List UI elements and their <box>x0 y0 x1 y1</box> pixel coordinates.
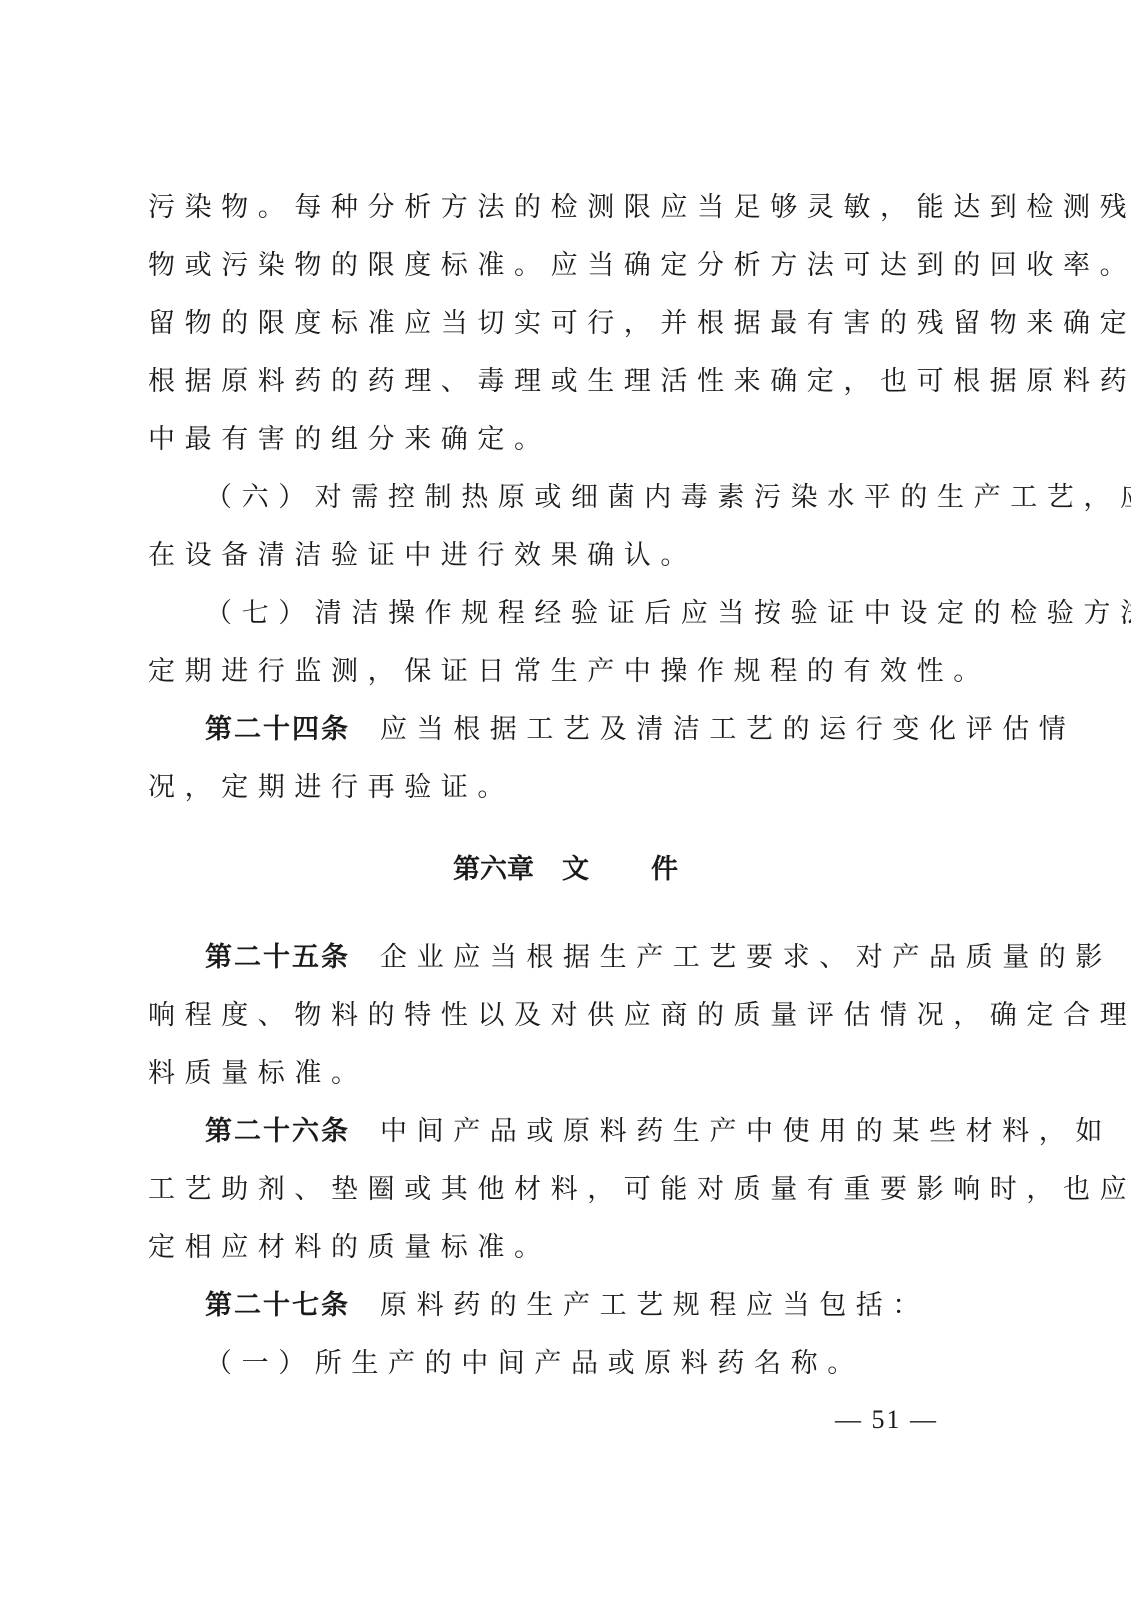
text-line: 工艺助剂、垫圈或其他材料，可能对质量有重要影响时，也应当制 <box>148 1170 964 1210</box>
article-25-line: 第二十五条企业应当根据生产工艺要求、对产品质量的影 <box>205 938 964 978</box>
chapter-heading: 第六章文件 <box>0 850 1131 890</box>
chapter-title-part2: 件 <box>651 854 678 885</box>
article-label: 第二十六条 <box>205 1116 350 1147</box>
document-page: 污染物。每种分析方法的检测限应当足够灵敏，能达到检测残留 物或污染物的限度标准。… <box>0 0 1131 1600</box>
article-24-line: 第二十四条应当根据工艺及清洁工艺的运行变化评估情 <box>205 710 964 750</box>
article-text: 原料药的生产工艺规程应当包括： <box>380 1290 929 1321</box>
text-line: 定相应材料的质量标准。 <box>148 1228 964 1268</box>
list-item-line: （六）对需控制热原或细菌内毒素污染水平的生产工艺，应当 <box>205 478 964 518</box>
chapter-number: 第六章 <box>453 854 534 885</box>
list-item-line: （七）清洁操作规程经验证后应当按验证中设定的检验方法 <box>205 594 964 634</box>
article-label: 第二十四条 <box>205 714 350 745</box>
page-number: — 51 — <box>835 1405 938 1435</box>
article-text: 应当根据工艺及清洁工艺的运行变化评估情 <box>380 714 1075 745</box>
text-line: 污染物。每种分析方法的检测限应当足够灵敏，能达到检测残留 <box>148 188 964 228</box>
article-label: 第二十五条 <box>205 942 350 973</box>
list-item-line: 在设备清洁验证中进行效果确认。 <box>148 536 964 576</box>
text-line: 料质量标准。 <box>148 1054 964 1094</box>
article-26-line: 第二十六条中间产品或原料药生产中使用的某些材料，如 <box>205 1112 964 1152</box>
text-line: 中最有害的组分来确定。 <box>148 420 964 460</box>
text-line: 况，定期进行再验证。 <box>148 768 964 808</box>
text-line: 响程度、物料的特性以及对供应商的质量评估情况，确定合理的物 <box>148 996 964 1036</box>
article-label: 第二十七条 <box>205 1290 350 1321</box>
list-item-line: 定期进行监测，保证日常生产中操作规程的有效性。 <box>148 652 964 692</box>
article-27-line: 第二十七条原料药的生产工艺规程应当包括： <box>205 1286 964 1326</box>
chapter-title-part1: 文 <box>562 854 589 885</box>
article-text: 企业应当根据生产工艺要求、对产品质量的影 <box>380 942 1112 973</box>
list-item-line: （一）所生产的中间产品或原料药名称。 <box>205 1344 964 1384</box>
text-line: 根据原料药的药理、毒理或生理活性来确定，也可根据原料药生产 <box>148 362 964 402</box>
text-line: 物或污染物的限度标准。应当确定分析方法可达到的回收率。残 <box>148 246 964 286</box>
article-text: 中间产品或原料药生产中使用的某些材料，如 <box>380 1116 1112 1147</box>
text-line: 留物的限度标准应当切实可行，并根据最有害的残留物来确定，可 <box>148 304 964 344</box>
